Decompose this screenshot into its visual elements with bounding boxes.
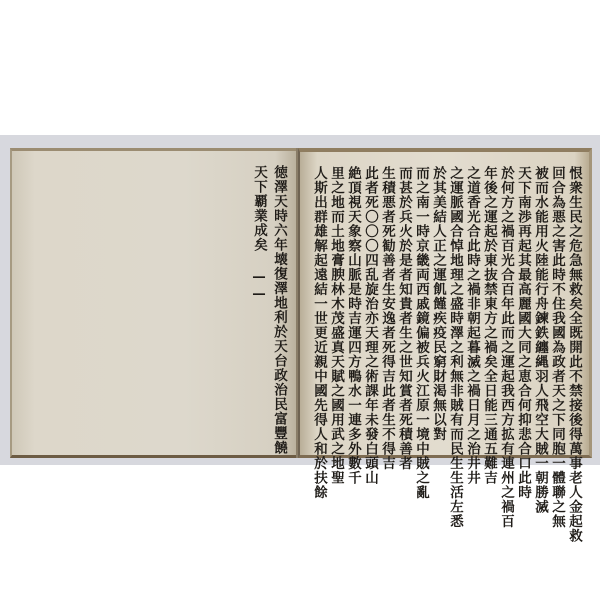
left-page: 徳澤天時六年壊復澤地利於天台政治民富豐饒 天下覇業成矣 —— xyxy=(10,148,298,458)
right-page-column-15: 里之地而土地膏腴林木茂盛真天賦之國用武之地聖 xyxy=(328,166,343,485)
right-page-column-5: 於何方之禍百光合百年此而之運起我西方拡有連州之禍百 xyxy=(498,166,513,529)
right-page-column-4: 天下南渉再起其最高麗國大同之恵合何抑悲合口此時 xyxy=(515,166,530,500)
right-page-column-13: 此者死〇〇〇四乱旋治亦天理之術課年未發白頭山 xyxy=(362,166,377,485)
left-page-column-1: 徳澤天時六年壊復澤地利於天台政治民富豐饒 xyxy=(271,165,286,455)
right-page-column-8: 之運脈國合悼地理之盛時澤之利無非賊有而民生生活左悉 xyxy=(447,166,462,529)
right-page-column-7: 之道香光合此時之禍非朝起暮滅之禍日月之治井井 xyxy=(464,166,479,485)
right-page: 恨衆生民之危急無救矣全既開此不禁接後得萬事老人金起救 回合為悪之害此時不住我國為… xyxy=(298,148,592,458)
manuscript-book: 徳澤天時六年壊復澤地利於天台政治民富豐饒 天下覇業成矣 —— 恨衆生民之危急無救… xyxy=(10,148,592,458)
right-page-column-3: 被而水能用火陸能行舟鍊鉄纏縄羽人飛空大賊一朝勝滅 xyxy=(532,166,547,514)
right-page-column-2: 回合為悪之害此時不住我國為政者天之下同胞一體聯之無 xyxy=(549,166,564,529)
right-page-column-9: 於其美結人正之運飢饉疾疫民窮財渇無以對 xyxy=(430,166,445,442)
right-page-column-1: 恨衆生民之危急無救矣全既開此不禁接後得萬事老人金起救 xyxy=(566,166,581,543)
left-page-column-2: 天下覇業成矣 —— xyxy=(251,165,266,303)
right-page-column-11: 而甚於兵火於是者知貴者生之世知賞者死積善者 xyxy=(396,166,411,471)
right-page-column-14: 絶頂視天象察山脈是時吉運四方鴨水一連多外數千 xyxy=(345,166,360,485)
right-page-column-10: 而之南一時京畿両西戚鏡偏被兵火江原一境中賊之亂 xyxy=(413,166,428,500)
right-page-column-12: 生積悪者死勧善者生安逸者死得吉此者生不得吉 xyxy=(379,166,394,471)
left-page-column-2-text: 天下覇業成矣 xyxy=(251,165,267,252)
end-mark: —— xyxy=(251,269,266,303)
right-page-column-6: 年後之運起於東抜禁東方之禍矣全日能三通五難吉 xyxy=(481,166,496,485)
right-page-column-16: 人斯出群雄解起遠結一世更近親中國先得人和於扶餘 xyxy=(311,166,326,500)
